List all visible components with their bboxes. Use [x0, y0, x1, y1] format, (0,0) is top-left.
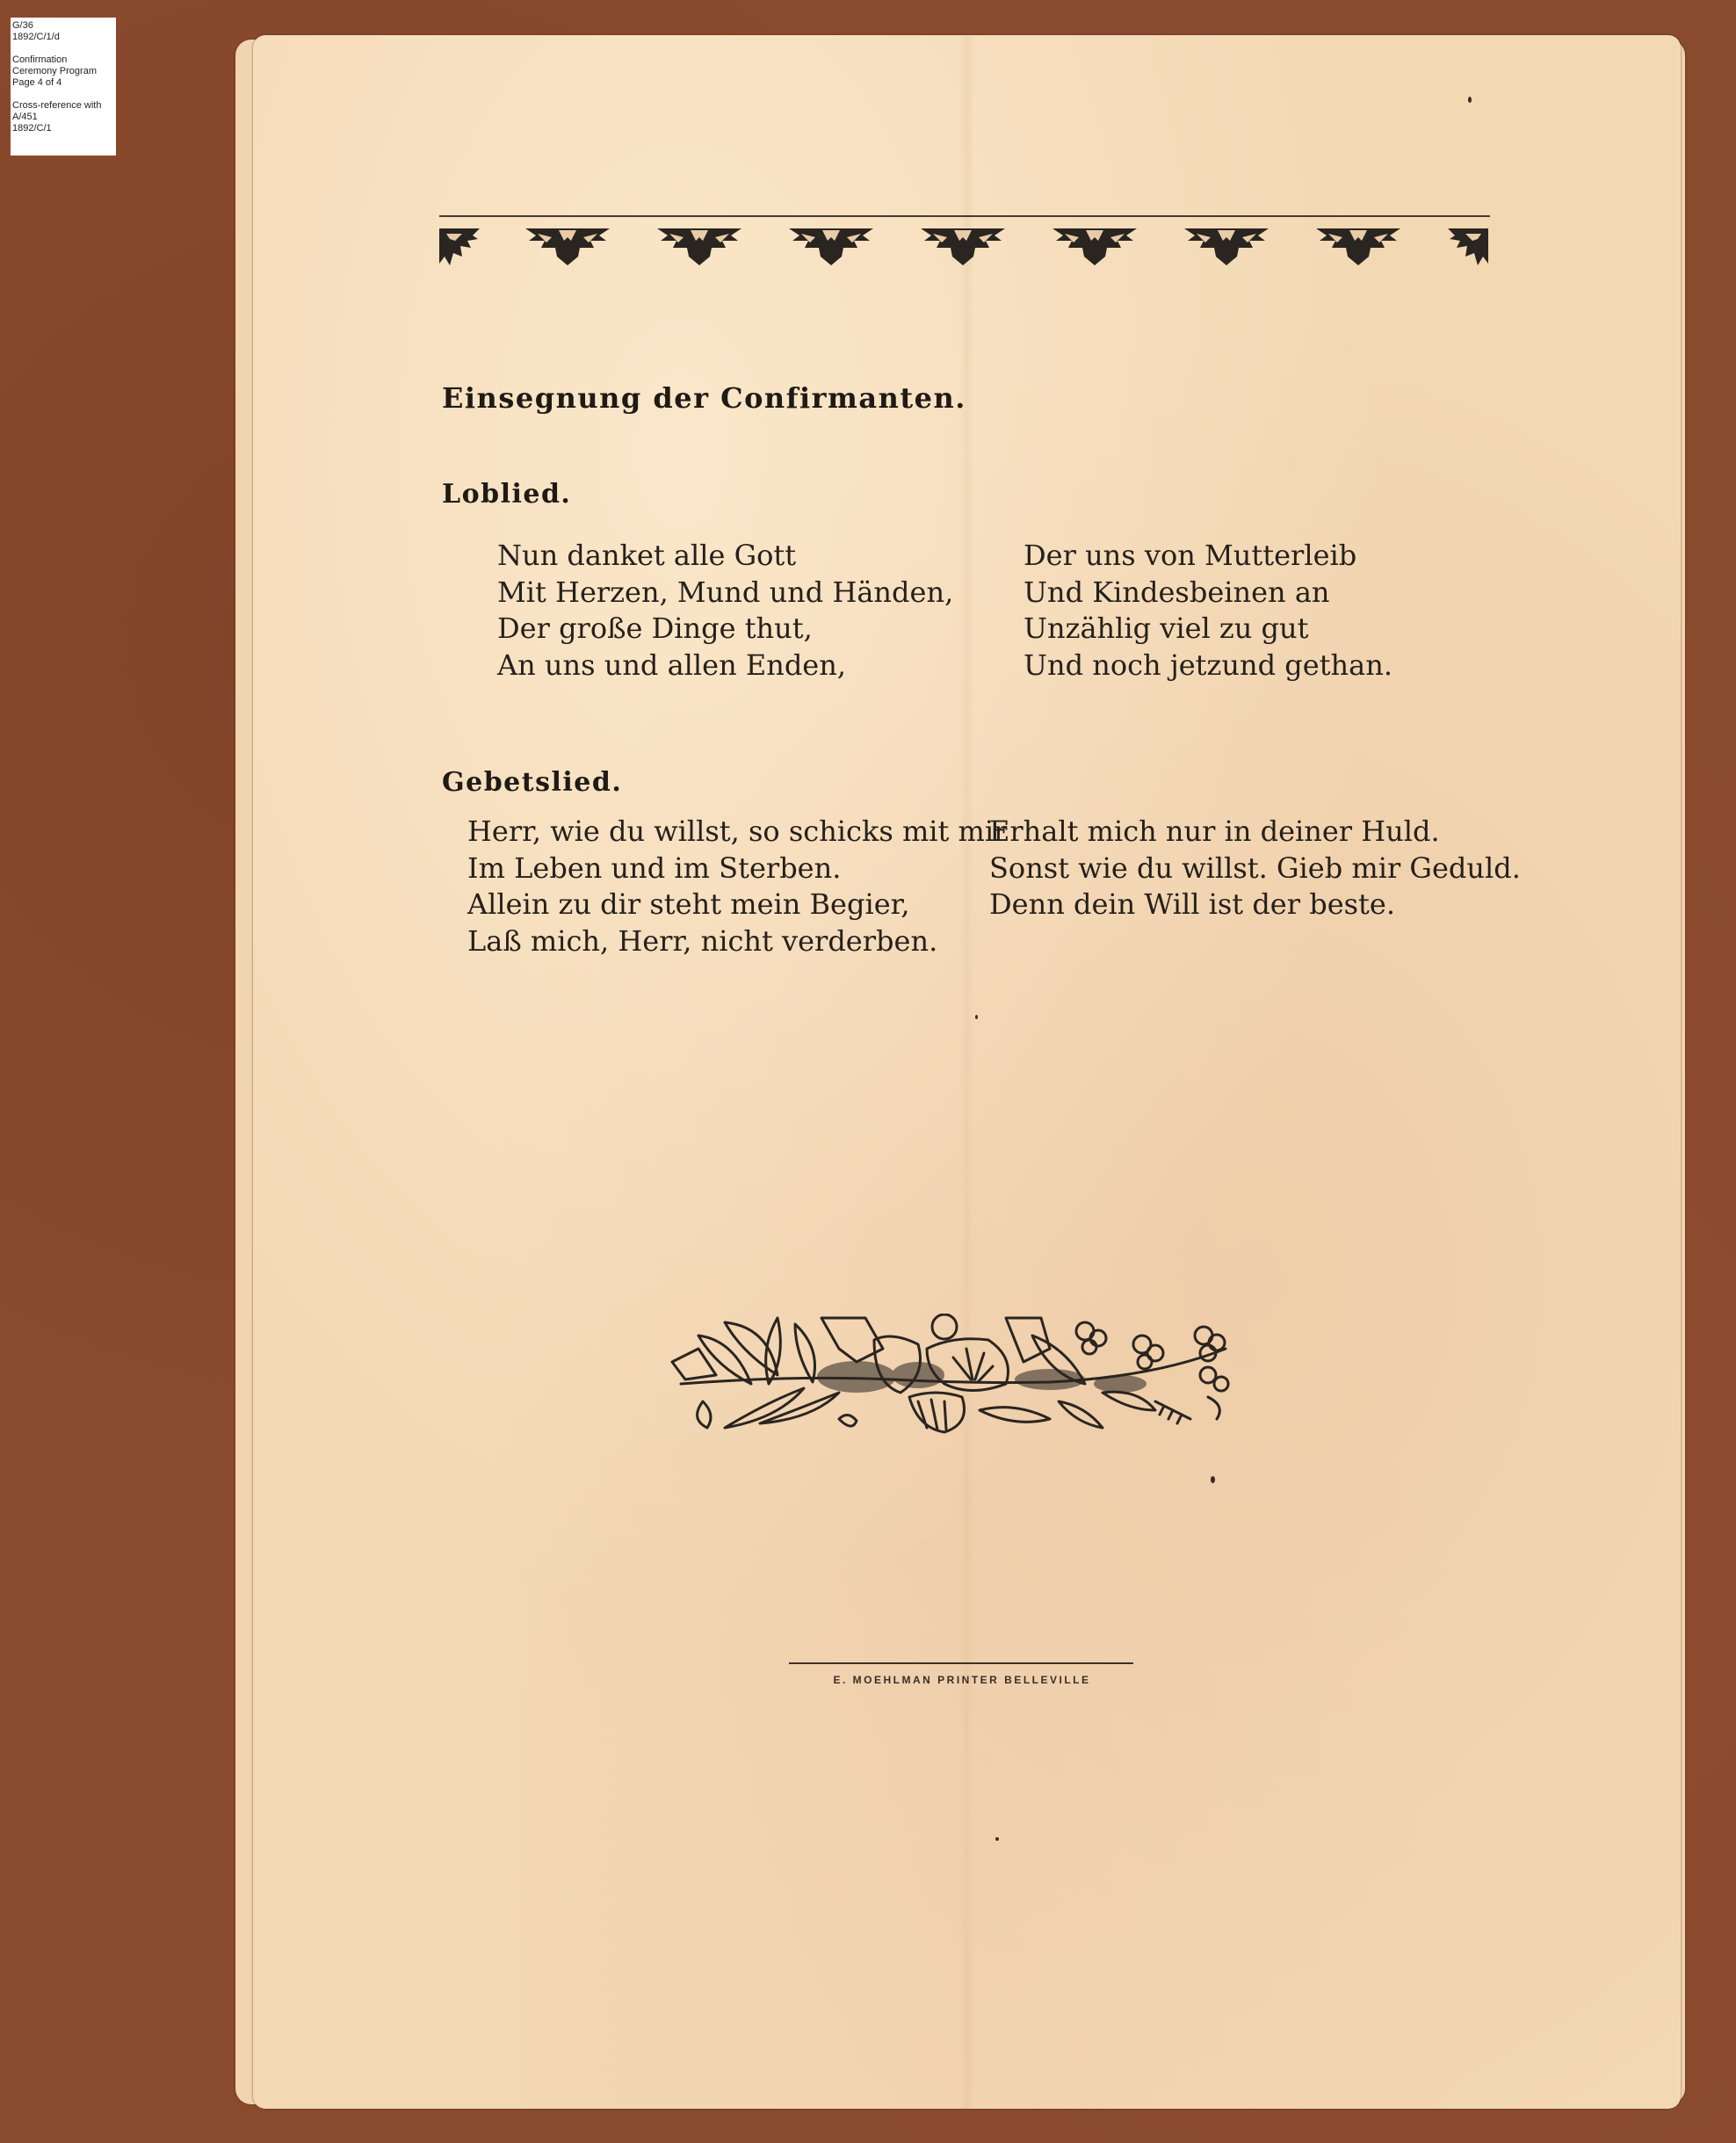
gebetslied-verse-right: Erhalt mich nur in deiner Huld. Sonst wi… [989, 814, 1521, 923]
section-heading-loblied: Loblied. [442, 479, 571, 510]
loblied-verse-left: Nun danket alle Gott Mit Herzen, Mund un… [497, 538, 953, 684]
verse-line: Allein zu dir steht mein Begier, [467, 887, 1007, 923]
paper-speck [995, 1837, 999, 1841]
corner-ornament-icon [438, 227, 481, 267]
verse-line: Der große Dinge thut, [497, 611, 953, 648]
verse-line: Sonst wie du willst. Gieb mir Geduld. [989, 851, 1521, 887]
paper-speck [975, 1015, 978, 1019]
verse-line: Laß mich, Herr, nicht verderben. [467, 923, 1007, 960]
section-heading-gebetslied: Gebetslied. [442, 767, 622, 798]
corner-ornament-icon [1446, 227, 1490, 267]
leaf-ornament-icon [789, 227, 873, 267]
leaf-ornament-icon [525, 227, 610, 267]
label-line: G/36 [12, 20, 114, 32]
verse-line: Unzählig viel zu gut [1024, 611, 1392, 648]
verse-line: Und Kindesbeinen an [1024, 575, 1392, 612]
label-line: Cross-reference with [12, 100, 114, 112]
archive-label-card: G/36 1892/C/1/d Confirmation Ceremony Pr… [11, 18, 116, 156]
paper-sheet [253, 35, 1681, 2109]
ornament-border-row [438, 227, 1492, 271]
label-spacer [12, 89, 114, 100]
label-line: Page 4 of 4 [12, 77, 114, 89]
label-line: Ceremony Program [12, 66, 114, 77]
leaf-ornament-icon [1316, 227, 1400, 267]
verse-line: Herr, wie du willst, so schicks mit mir [467, 814, 1007, 851]
leaf-ornament-icon [1184, 227, 1269, 267]
paper-speck [1211, 1476, 1215, 1483]
label-spacer [12, 43, 114, 54]
verse-line: Und noch jetzund gethan. [1024, 648, 1392, 684]
label-line: Confirmation [12, 54, 114, 66]
paper-speck [1468, 97, 1472, 103]
label-line: 1892/C/1/d [12, 32, 114, 43]
verse-line: Der uns von Mutterleib [1024, 538, 1392, 575]
printer-imprint: E. MOEHLMAN PRINTER BELLEVILLE [773, 1674, 1151, 1686]
verse-line: Nun danket alle Gott [497, 538, 953, 575]
verse-line: Erhalt mich nur in deiner Huld. [989, 814, 1521, 851]
top-rule-divider [439, 215, 1490, 217]
verse-line: Im Leben und im Sterben. [467, 851, 1007, 887]
leaf-ornament-icon [1052, 227, 1137, 267]
printer-rule-divider [789, 1662, 1133, 1664]
verse-line: Denn dein Will ist der beste. [989, 887, 1521, 923]
leaf-ornament-icon [921, 227, 1005, 267]
leaf-ornament-icon [657, 227, 741, 267]
label-line: 1892/C/1 [12, 123, 114, 134]
verse-line: An uns und allen Enden, [497, 648, 953, 684]
floral-vignette-icon [663, 1314, 1243, 1445]
label-line: A/451 [12, 112, 114, 123]
loblied-verse-right: Der uns von Mutterleib Und Kindesbeinen … [1024, 538, 1392, 684]
gebetslied-verse-left: Herr, wie du willst, so schicks mit mir … [467, 814, 1007, 959]
document-title: Einsegnung der Confirmanten. [442, 381, 966, 415]
verse-line: Mit Herzen, Mund und Händen, [497, 575, 953, 612]
